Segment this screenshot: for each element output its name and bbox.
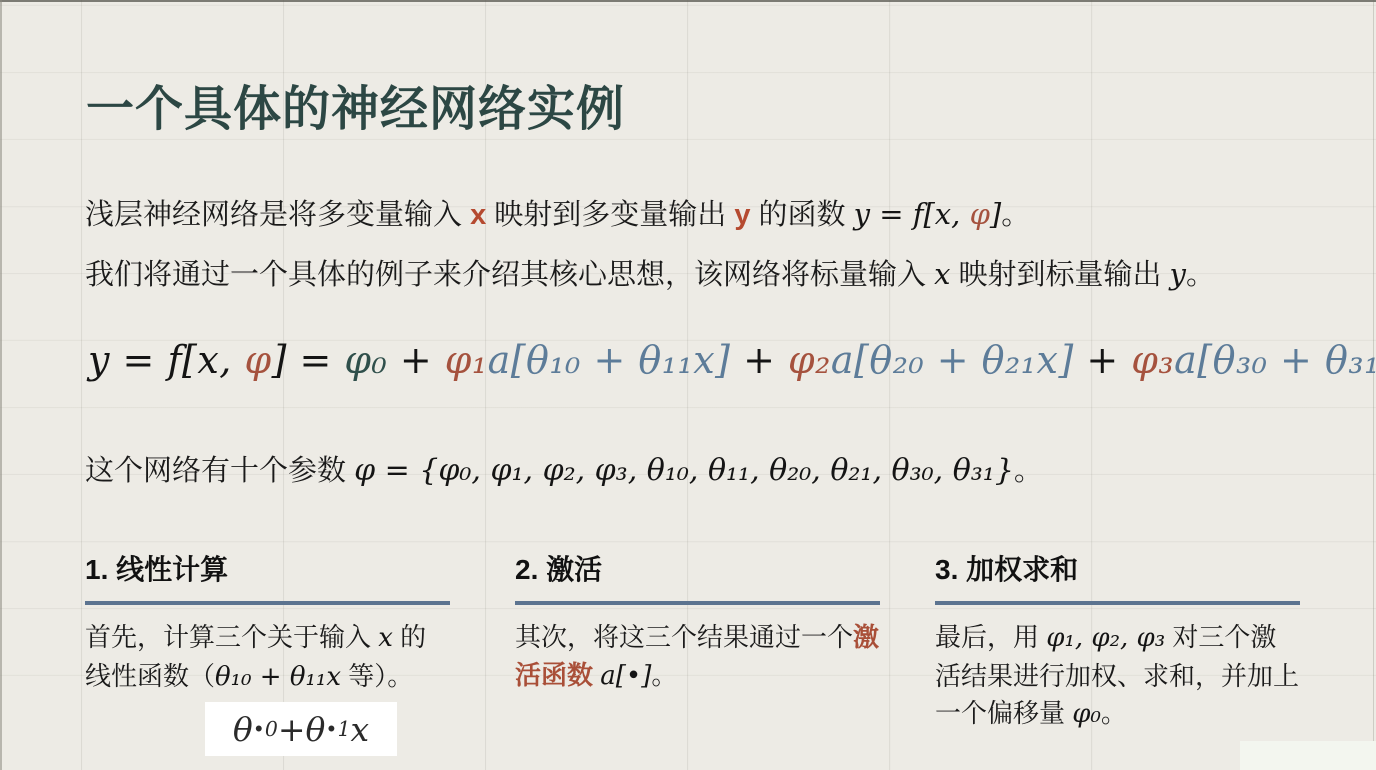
step-activation: 2. 激活 其次，将这三个结果通过一个激活函数 a[•]。 xyxy=(515,548,880,695)
step3-description: 最后，用 φ₁, φ₂, φ₃ 对三个激活结果进行加权、求和，并加上一个偏移量 … xyxy=(935,619,1300,734)
step3-heading: 3. 加权求和 xyxy=(935,548,1300,605)
eq-phi3: φ₃ xyxy=(1131,338,1174,382)
box-x: x xyxy=(350,710,369,749)
eq-plus-3: + xyxy=(1074,338,1132,382)
intro1-vector-y: y xyxy=(734,199,750,231)
page-title: 一个具体的神经网络实例 xyxy=(86,70,625,139)
step2-text-end: 。 xyxy=(651,660,677,690)
eq-hidden-unit-2: a[θ₂₀ + θ₂₁x] xyxy=(831,338,1074,382)
parameter-count-line: 这个网络有十个参数 φ = {φ₀, φ₁, φ₂, φ₃, θ₁₀, θ₁₁,… xyxy=(85,448,1043,489)
eq-phi0: φ₀ xyxy=(344,338,387,382)
bottom-right-overlay-patch xyxy=(1240,741,1376,770)
step2-description: 其次，将这三个结果通过一个激活函数 a[•]。 xyxy=(515,619,880,695)
intro2-math-y: y xyxy=(1170,257,1186,291)
params-set-expression: φ = {φ₀, φ₁, φ₂, φ₃, θ₁₀, θ₁₁, θ₂₀, θ₂₁,… xyxy=(354,453,1014,488)
step2-heading: 2. 激活 xyxy=(515,548,880,605)
step1-heading: 1. 线性计算 xyxy=(85,548,450,605)
eq-hidden-unit-1: a[θ₁₀ + θ₁₁x] xyxy=(488,338,731,382)
step3-math-bias: φ₀ xyxy=(1072,699,1101,729)
eq-lhs: y = f[x, xyxy=(88,338,244,382)
intro1-text-pre: 浅层神经网络是将多变量输入 xyxy=(85,199,470,231)
eq-phi2: φ₂ xyxy=(788,338,831,382)
step-linear-computation: 1. 线性计算 首先，计算三个关于输入 x 的线性函数（θ₁₀ + θ₁₁x 等… xyxy=(85,548,450,696)
step1-math-x: x xyxy=(378,623,393,653)
eq-phi-argument: φ xyxy=(244,338,271,382)
intro1-math-lhs: y = f[x, xyxy=(854,197,970,231)
eq-plus-2: + xyxy=(731,338,789,382)
step-weighted-sum: 3. 加权求和 最后，用 φ₁, φ₂, φ₃ 对三个激活结果进行加权、求和，并… xyxy=(935,548,1300,734)
step1-text-pre: 首先，计算三个关于输入 xyxy=(85,622,378,652)
step3-text-pre: 最后，用 xyxy=(935,622,1046,652)
intro1-vector-x: x xyxy=(470,199,486,231)
eq-hidden-unit-3: a[θ₃₀ + θ₃₁x] xyxy=(1174,338,1376,382)
slide-canvas: 一个具体的神经网络实例 浅层神经网络是将多变量输入 x 映射到多变量输出 y 的… xyxy=(0,0,1376,770)
slide-right-edge xyxy=(1373,0,1374,770)
slide-top-edge xyxy=(0,0,1376,2)
intro1-text-mid1: 映射到多变量输出 xyxy=(486,199,734,231)
eq-plus-1: + xyxy=(387,338,445,382)
intro2-period: 。 xyxy=(1186,259,1215,291)
linear-function-callout-box: θ•0 + θ•1x xyxy=(205,702,397,756)
step1-math-linear-expr: θ₁₀ + θ₁₁x xyxy=(215,662,341,692)
network-equation: y = f[x, φ] = φ₀ + φ₁a[θ₁₀ + θ₁₁x] + φ₂a… xyxy=(88,338,1376,382)
intro2-text-pre: 我们将通过一个具体的例子来介绍其核心思想，该网络将标量输入 xyxy=(85,259,934,291)
box-plus: + xyxy=(278,710,306,749)
step1-text-end: 等）。 xyxy=(341,661,413,691)
eq-equals: ] = xyxy=(272,338,345,382)
step3-text-end: 。 xyxy=(1101,698,1127,728)
step2-text-pre: 其次，将这三个结果通过一个 xyxy=(515,622,853,652)
intro1-period: 。 xyxy=(1001,199,1030,231)
intro-line-2: 我们将通过一个具体的例子来介绍其核心思想，该网络将标量输入 x 映射到标量输出 … xyxy=(85,254,1215,295)
eq-phi1: φ₁ xyxy=(445,338,488,382)
step3-math-weights: φ₁, φ₂, φ₃ xyxy=(1046,623,1165,653)
intro2-text-mid: 映射到标量输出 xyxy=(950,259,1169,291)
params-period: 。 xyxy=(1014,455,1043,487)
intro1-text-mid2: 的函数 xyxy=(750,199,853,231)
intro1-math-close: ] xyxy=(990,197,1001,231)
intro1-math-phi: φ xyxy=(970,197,990,231)
box-theta-2: θ xyxy=(306,710,326,749)
step1-description: 首先，计算三个关于输入 x 的线性函数（θ₁₀ + θ₁₁x 等）。 xyxy=(85,619,450,696)
step2-math-activation: a[•] xyxy=(600,661,651,691)
box-theta-1: θ xyxy=(233,710,253,749)
params-text-pre: 这个网络有十个参数 xyxy=(85,455,354,487)
intro2-math-x: x xyxy=(934,257,950,291)
intro-line-1: 浅层神经网络是将多变量输入 x 映射到多变量输出 y 的函数 y = f[x, … xyxy=(85,194,1030,235)
slide-left-edge xyxy=(0,0,2,770)
